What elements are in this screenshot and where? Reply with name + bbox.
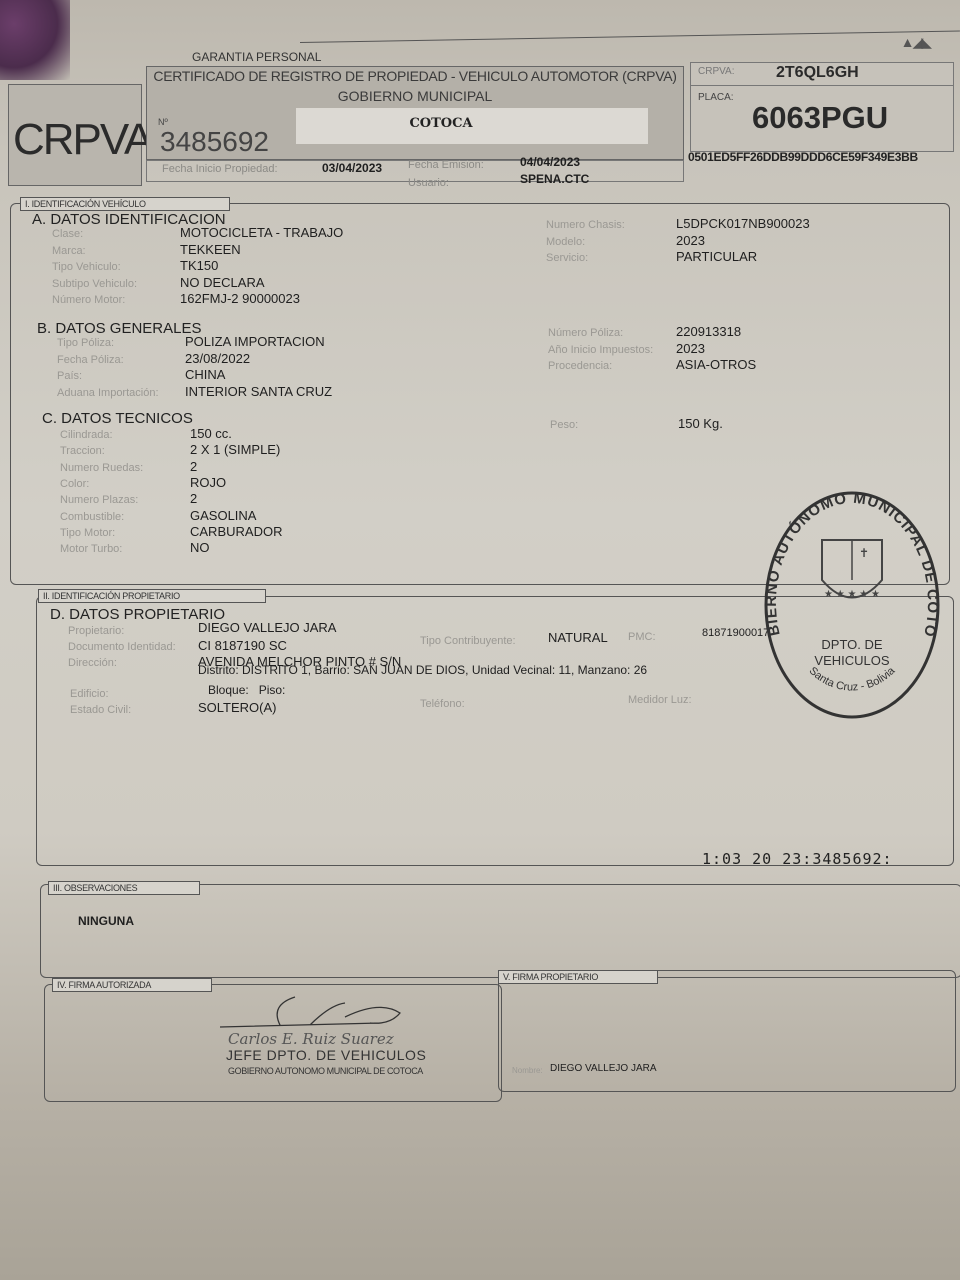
field-label: Tipo Vehiculo: xyxy=(52,261,121,273)
field-label: Tipo Póliza: xyxy=(57,337,114,349)
section-owner-tag: II. IDENTIFICACIÓN PROPIETARIO xyxy=(38,589,266,603)
field-value: 23/08/2022 xyxy=(185,351,250,366)
documento-value: CI 8187190 SC xyxy=(198,638,287,653)
field-label: Motor Turbo: xyxy=(60,543,122,555)
field-label: Cilindrada: xyxy=(60,429,113,441)
municipal-stamp: GOBIERNO AUTÓNOMO MUNICIPAL DE COTOCA Sa… xyxy=(752,485,952,725)
signer-organization: GOBIERNO AUTONOMO MUNICIPAL DE COTOCA xyxy=(228,1066,423,1076)
section-observaciones-tag: III. OBSERVACIONES xyxy=(48,881,200,895)
documento-label: Documento Identidad: xyxy=(68,641,176,653)
heading-datos-tecnicos: C. DATOS TECNICOS xyxy=(42,410,193,427)
field-label: Fecha Póliza: xyxy=(57,354,124,366)
field-label: Numero Plazas: xyxy=(60,494,138,506)
crpva-logo: CRPVA xyxy=(8,84,142,186)
field-label: Numero Chasis: xyxy=(546,219,625,231)
direccion-line2: Distrito: DISTRITO 1, Barrio: SAN JUAN D… xyxy=(198,663,647,677)
section-firma-autorizada-tag: IV. FIRMA AUTORIZADA xyxy=(52,978,212,992)
field-value: 150 Kg. xyxy=(678,416,723,431)
bloque-piso: Bloque: Piso: xyxy=(208,683,285,697)
edificio-label: Edificio: xyxy=(70,688,109,700)
section-firma-propietario-tag: V. FIRMA PROPIETARIO xyxy=(498,970,658,984)
field-value: NO xyxy=(190,540,210,555)
estado-civil-value: SOLTERO(A) xyxy=(198,700,277,715)
field-label: Numero Ruedas: xyxy=(60,462,143,474)
background-fabric xyxy=(0,0,70,80)
field-value: 150 cc. xyxy=(190,426,232,441)
field-label: Aduana Importación: xyxy=(57,387,159,399)
fecha-emision-label: Fecha Emision: xyxy=(408,159,484,171)
owner-signature-name: DIEGO VALLEJO JARA xyxy=(550,1063,657,1074)
heading-datos-generales: B. DATOS GENERALES xyxy=(37,320,202,337)
security-hash: 0501ED5FF26DDB99DDD6CE59F349E3BB xyxy=(688,150,918,164)
garantia-label: GARANTIA PERSONAL xyxy=(192,50,321,64)
field-label: Modelo: xyxy=(546,236,585,248)
field-label: Año Inicio Impuestos: xyxy=(548,344,653,356)
section-observaciones-frame xyxy=(40,884,960,978)
placa-number: 6063PGU xyxy=(752,100,888,136)
field-label: Número Motor: xyxy=(52,294,125,306)
fecha-emision-value: 04/04/2023 xyxy=(520,155,580,169)
signer-title: JEFE DPTO. DE VEHICULOS xyxy=(226,1047,426,1063)
certificate-number: 3485692 xyxy=(160,126,269,158)
stamp-center-line1: DPTO. DE xyxy=(821,637,882,652)
direccion-label: Dirección: xyxy=(68,657,117,669)
document-title: CERTIFICADO DE REGISTRO DE PROPIEDAD - V… xyxy=(150,68,680,84)
field-label: Servicio: xyxy=(546,252,588,264)
tipo-contribuyente-label: Tipo Contribuyente: xyxy=(420,635,516,647)
owner-name-label: Nombre: xyxy=(512,1066,543,1075)
field-label: Color: xyxy=(60,478,89,490)
fecha-inicio-value: 03/04/2023 xyxy=(322,161,382,175)
medidor-luz-label: Medidor Luz: xyxy=(628,694,692,706)
field-value: TK150 xyxy=(180,258,218,273)
field-value: 2023 xyxy=(676,341,705,356)
field-label: Traccion: xyxy=(60,445,105,457)
field-value: INTERIOR SANTA CRUZ xyxy=(185,384,332,399)
document-subtitle: GOBIERNO MUNICIPAL xyxy=(150,88,680,104)
field-value: ASIA-OTROS xyxy=(676,357,756,372)
field-label: Tipo Motor: xyxy=(60,527,115,539)
field-value: TEKKEEN xyxy=(180,242,241,257)
field-value: 220913318 xyxy=(676,324,741,339)
placa-label: PLACA: xyxy=(698,92,734,103)
propietario-value: DIEGO VALLEJO JARA xyxy=(198,620,336,635)
barcode-number: 1:03 20 23:3485692: xyxy=(702,850,893,868)
usuario-label: Usuario: xyxy=(408,177,449,189)
stamp-bottom-text: Santa Cruz - Bolivia xyxy=(807,664,899,693)
telefono-label: Teléfono: xyxy=(420,698,465,710)
signer-name: Carlos E. Ruiz Suarez xyxy=(228,1030,394,1048)
field-label: Peso: xyxy=(550,419,578,431)
corner-logo-icon: ▲◢◣ xyxy=(901,34,930,51)
field-value: ROJO xyxy=(190,475,226,490)
field-value: GASOLINA xyxy=(190,508,256,523)
field-value: MOTOCICLETA - TRABAJO xyxy=(180,225,343,240)
svg-text:GOBIERNO AUTÓNOMO MUNICIPAL DE: GOBIERNO AUTÓNOMO MUNICIPAL DE COTOCA xyxy=(752,485,941,639)
estado-civil-label: Estado Civil: xyxy=(70,704,131,716)
field-label: Subtipo Vehiculo: xyxy=(52,278,137,290)
tipo-contribuyente-value: NATURAL xyxy=(548,630,608,645)
field-value: 2 xyxy=(190,491,197,506)
svg-text:Santa Cruz - Bolivia: Santa Cruz - Bolivia xyxy=(807,664,899,693)
observaciones-text: NINGUNA xyxy=(78,914,134,928)
field-value: 2 xyxy=(190,459,197,474)
top-divider xyxy=(300,30,960,43)
crpva-logo-text: CRPVA xyxy=(13,115,151,165)
stamp-top-text: GOBIERNO AUTÓNOMO MUNICIPAL DE COTOCA xyxy=(752,485,941,639)
stamp-center-line2: VEHICULOS xyxy=(814,653,889,668)
field-value: CHINA xyxy=(185,367,225,382)
field-label: Procedencia: xyxy=(548,360,612,372)
signature-icon xyxy=(220,995,420,1035)
field-label: País: xyxy=(57,370,82,382)
field-value: PARTICULAR xyxy=(676,249,757,264)
usuario-value: SPENA.CTC xyxy=(520,172,589,186)
field-value: 162FMJ-2 90000023 xyxy=(180,291,300,306)
field-value: L5DPCK017NB900023 xyxy=(676,216,810,231)
municipality-name: COTOCA xyxy=(296,116,586,131)
field-value: POLIZA IMPORTACION xyxy=(185,334,325,349)
pmc-label: PMC: xyxy=(628,631,656,643)
field-label: Marca: xyxy=(52,245,86,257)
field-value: CARBURADOR xyxy=(190,524,282,539)
propietario-label: Propietario: xyxy=(68,625,124,637)
section-vehicle-tag: I. IDENTIFICACIÓN VEHÍCULO xyxy=(20,197,230,211)
fecha-inicio-label: Fecha Inicio Propiedad: xyxy=(162,163,278,175)
crpva-code: 2T6QL6GH xyxy=(776,64,859,82)
svg-text:★ ★ ★ ★ ★: ★ ★ ★ ★ ★ xyxy=(824,589,880,600)
svg-text:✝: ✝ xyxy=(859,546,869,560)
crpva-code-label: CRPVA: xyxy=(698,66,735,77)
field-label: Número Póliza: xyxy=(548,327,623,339)
field-value: NO DECLARA xyxy=(180,275,265,290)
field-label: Clase: xyxy=(52,228,83,240)
field-value: 2 X 1 (SIMPLE) xyxy=(190,442,280,457)
field-value: 2023 xyxy=(676,233,705,248)
field-label: Combustible: xyxy=(60,511,124,523)
